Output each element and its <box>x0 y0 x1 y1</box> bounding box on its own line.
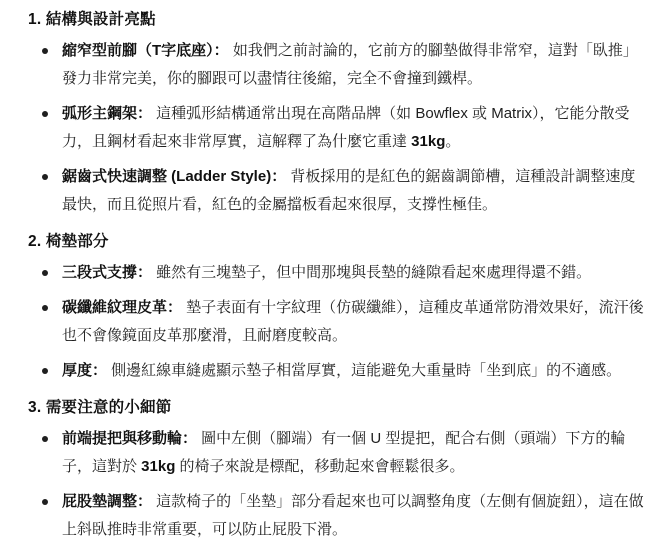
text-segment: 的椅子來說是標配，移動起來會輕鬆很多。 <box>175 458 464 475</box>
bullet-item: 三段式支撐： 雖然有三塊墊子，但中間那塊與長墊的縫隙看起來處理得還不錯。 <box>28 259 645 287</box>
text-segment: 。 <box>445 133 460 150</box>
bullet-item: 前端提把與移動輪： 圖中左側（腳端）有一個 U 型提把，配合右側（頭端）下方的輪… <box>28 425 645 481</box>
bullet-item: 鋸齒式快速調整 (Ladder Style)： 背板採用的是紅色的鋸齒調節槽，這… <box>28 163 645 219</box>
bold-text-segment: 厚度： <box>62 362 107 379</box>
bullet-text: 縮窄型前腳（T字底座）： 如我們之前討論的，它前方的腳墊做得非常窄，這對「臥推」… <box>62 42 638 87</box>
bullet-text: 弧形主鋼架： 這種弧形結構通常出現在高階品牌（如 Bowflex 或 Matri… <box>62 105 630 150</box>
bullet-item: 碳纖維紋理皮革： 墊子表面有十字紋理（仿碳纖維），這種皮革通常防滑效果好，流汗後… <box>28 294 645 350</box>
bullet-text: 前端提把與移動輪： 圖中左側（腳端）有一個 U 型提把，配合右側（頭端）下方的輪… <box>62 430 625 475</box>
bullet-text: 鋸齒式快速調整 (Ladder Style)： 背板採用的是紅色的鋸齒調節槽，這… <box>62 168 635 213</box>
bullet-dot-icon <box>42 48 48 54</box>
bold-text-segment: 碳纖維紋理皮革： <box>62 299 182 316</box>
bullet-text: 碳纖維紋理皮革： 墊子表面有十字紋理（仿碳纖維），這種皮革通常防滑效果好，流汗後… <box>62 299 644 344</box>
bullet-item: 縮窄型前腳（T字底座）： 如我們之前討論的，它前方的腳墊做得非常窄，這對「臥推」… <box>28 37 645 93</box>
bullet-list: 縮窄型前腳（T字底座）： 如我們之前討論的，它前方的腳墊做得非常窄，這對「臥推」… <box>28 37 645 219</box>
bullet-list: 三段式支撐： 雖然有三塊墊子，但中間那塊與長墊的縫隙看起來處理得還不錯。碳纖維紋… <box>28 259 645 385</box>
bold-text-segment: 三段式支撐： <box>62 264 152 281</box>
bold-text-segment: 31kg <box>141 458 175 475</box>
bullet-list: 前端提把與移動輪： 圖中左側（腳端）有一個 U 型提把，配合右側（頭端）下方的輪… <box>28 425 645 544</box>
bullet-dot-icon <box>42 368 48 374</box>
bold-text-segment: 前端提把與移動輪： <box>62 430 197 447</box>
section-heading: 1. 結構與設計亮點 <box>28 7 645 33</box>
section-heading: 3. 需要注意的小細節 <box>28 395 645 421</box>
bullet-dot-icon <box>42 305 48 311</box>
bullet-dot-icon <box>42 499 48 505</box>
bold-text-segment: 弧形主鋼架： <box>62 105 152 122</box>
bold-text-segment: 縮窄型前腳（T字底座）： <box>62 42 229 59</box>
section: 1. 結構與設計亮點縮窄型前腳（T字底座）： 如我們之前討論的，它前方的腳墊做得… <box>28 7 645 219</box>
bullet-dot-icon <box>42 111 48 117</box>
bullet-item: 厚度： 側邊紅線車縫處顯示墊子相當厚實，這能避免大重量時「坐到底」的不適感。 <box>28 357 645 385</box>
document: 1. 結構與設計亮點縮窄型前腳（T字底座）： 如我們之前討論的，它前方的腳墊做得… <box>0 0 665 546</box>
bold-text-segment: 屁股墊調整： <box>62 493 152 510</box>
text-segment: 雖然有三塊墊子，但中間那塊與長墊的縫隙看起來處理得還不錯。 <box>152 264 591 281</box>
section: 2. 椅墊部分三段式支撐： 雖然有三塊墊子，但中間那塊與長墊的縫隙看起來處理得還… <box>28 229 645 385</box>
bullet-text: 屁股墊調整： 這款椅子的「坐墊」部分看起來也可以調整角度（左側有個旋鈕），這在做… <box>62 493 644 538</box>
bullet-item: 屁股墊調整： 這款椅子的「坐墊」部分看起來也可以調整角度（左側有個旋鈕），這在做… <box>28 488 645 544</box>
bold-text-segment: 31kg <box>411 133 445 150</box>
bullet-dot-icon <box>42 436 48 442</box>
bullet-dot-icon <box>42 174 48 180</box>
text-segment: 側邊紅線車縫處顯示墊子相當厚實，這能避免大重量時「坐到底」的不適感。 <box>107 362 621 379</box>
bullet-text: 三段式支撐： 雖然有三塊墊子，但中間那塊與長墊的縫隙看起來處理得還不錯。 <box>62 264 591 281</box>
bullet-item: 弧形主鋼架： 這種弧形結構通常出現在高階品牌（如 Bowflex 或 Matri… <box>28 100 645 156</box>
section-heading: 2. 椅墊部分 <box>28 229 645 255</box>
section: 3. 需要注意的小細節前端提把與移動輪： 圖中左側（腳端）有一個 U 型提把，配… <box>28 395 645 544</box>
bullet-text: 厚度： 側邊紅線車縫處顯示墊子相當厚實，這能避免大重量時「坐到底」的不適感。 <box>62 362 621 379</box>
bullet-dot-icon <box>42 270 48 276</box>
bold-text-segment: 鋸齒式快速調整 (Ladder Style)： <box>62 168 286 185</box>
